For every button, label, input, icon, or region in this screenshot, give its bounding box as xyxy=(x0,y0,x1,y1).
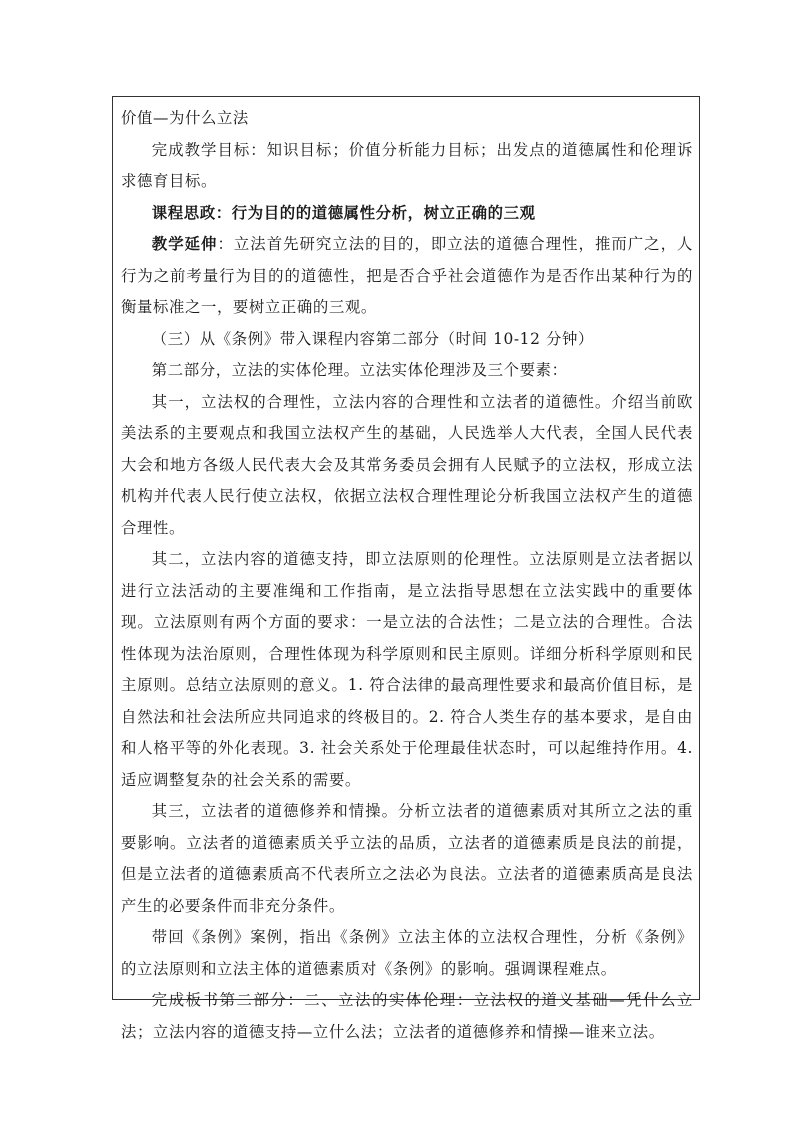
paragraph-return-to-case: 带回《条例》案例，指出《条例》立法主体的立法权合理性，分析《条例》的立法原则和立… xyxy=(121,922,693,985)
paragraph-part-two-intro: 第二部分，立法的实体伦理。立法实体伦理涉及三个要素： xyxy=(121,355,693,387)
paragraph-text: 其二，立法内容的道德支持，即立法原则的伦理性。立法原则是立法者据以进行立法活动的… xyxy=(121,550,693,789)
section-heading-value-why-legislate: 价值—为什么立法 xyxy=(121,103,693,135)
paragraph-third-element: 其三，立法者的道德修养和情操。分析立法者的道德素质对其所立之法的重要影响。立法者… xyxy=(121,796,693,922)
paragraph-second-element: 其二，立法内容的道德支持，即立法原则的伦理性。立法原则是立法者据以进行立法活动的… xyxy=(121,544,693,796)
paragraph-text: 价值—为什么立法 xyxy=(121,109,249,127)
paragraph-label: 教学延伸 xyxy=(152,235,218,253)
paragraph-ideological-course: 课程思政：行为目的的道德属性分析，树立正确的三观 xyxy=(121,198,693,230)
paragraph-first-element: 其一，立法权的合理性，立法内容的合理性和立法者的道德性。介绍当前欧美法系的主要观… xyxy=(121,387,693,545)
paragraph-text: 完成教学目标：知识目标；价值分析能力目标；出发点的道德属性和伦理诉求德育目标。 xyxy=(121,141,693,191)
paragraph-text: 第二部分，立法的实体伦理。立法实体伦理涉及三个要素： xyxy=(152,361,568,379)
paragraph-teaching-goals: 完成教学目标：知识目标；价值分析能力目标；出发点的道德属性和伦理诉求德育目标。 xyxy=(121,135,693,198)
paragraph-text: 课程思政：行为目的的道德属性分析，树立正确的三观 xyxy=(152,204,536,222)
paragraph-text: （三）从《条例》带入课程内容第二部分（时间 10-12 分钟） xyxy=(152,330,594,348)
paragraph-text: 带回《条例》案例，指出《条例》立法主体的立法权合理性，分析《条例》的立法原则和立… xyxy=(121,928,693,978)
paragraph-text: 其一，立法权的合理性，立法内容的合理性和立法者的道德性。介绍当前欧美法系的主要观… xyxy=(121,393,693,537)
paragraph-text: 完成板书第二部分：二、立法的实体伦理：立法权的道义基础—凭什么立法；立法内容的道… xyxy=(121,991,693,1041)
paragraph-section-three-intro: （三）从《条例》带入课程内容第二部分（时间 10-12 分钟） xyxy=(121,324,693,356)
lesson-plan-table-cell: 价值—为什么立法 完成教学目标：知识目标；价值分析能力目标；出发点的道德属性和伦… xyxy=(112,96,700,1000)
paragraph-text: 其三，立法者的道德修养和情操。分析立法者的道德素质对其所立之法的重要影响。立法者… xyxy=(121,802,693,915)
paragraph-teaching-extension: 教学延伸：立法首先研究立法的目的，即立法的道德合理性，推而广之，人行为之前考量行… xyxy=(121,229,693,324)
paragraph-blackboard-summary: 完成板书第二部分：二、立法的实体伦理：立法权的道义基础—凭什么立法；立法内容的道… xyxy=(121,985,693,1048)
